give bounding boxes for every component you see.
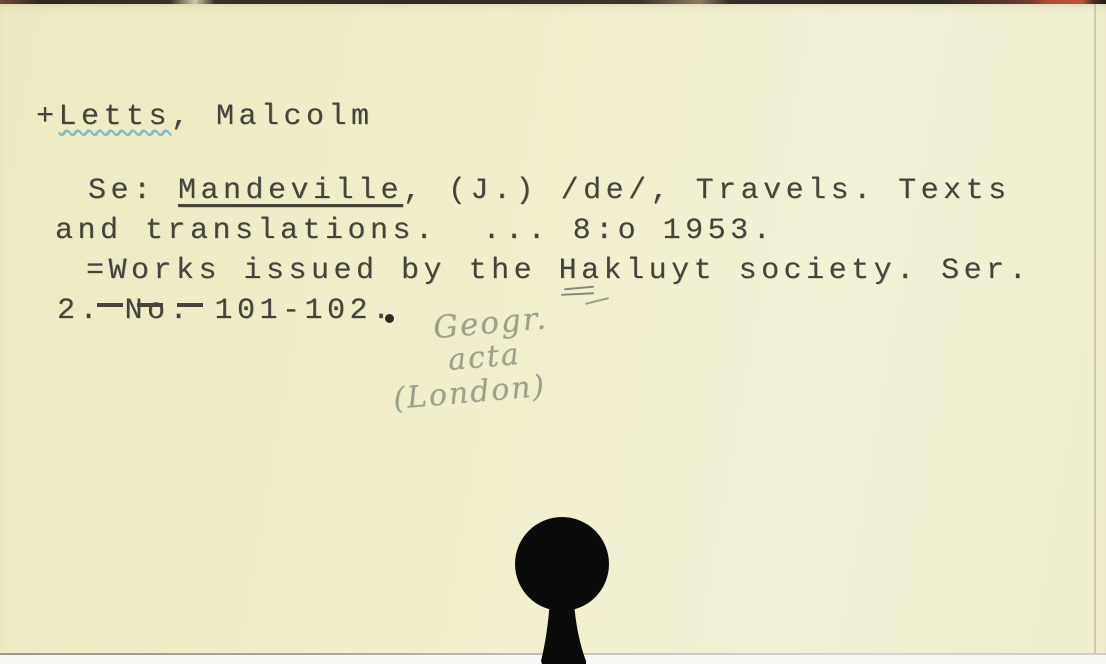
card-right-edge-shadow	[1094, 4, 1096, 653]
heading-plus-sign: +	[36, 100, 59, 134]
typed-line-numbers: 2. No. 101-102.	[57, 294, 395, 328]
line3-works-word: Works	[109, 254, 222, 288]
typed-line-see-reference: Se: Mandeville, (J.) /de/, Travels. Text…	[88, 174, 1011, 208]
ink-speck	[385, 314, 394, 323]
line1-title-mandeville: Mandeville	[178, 174, 403, 208]
line3-series-rest: issued by the Hakluyt society. Ser.	[221, 254, 1031, 288]
heading-forename: , Malcolm	[171, 100, 374, 134]
works-dashed-underline	[97, 303, 211, 307]
hole-punch	[500, 513, 624, 664]
heading-entry: +Letts, Malcolm	[36, 100, 374, 134]
line3-equals-sign: =	[86, 254, 109, 288]
line1-title-rest: , (J.) /de/, Travels. Texts	[403, 174, 1011, 208]
line1-se-label: Se:	[88, 174, 178, 208]
heading-surname: Letts	[59, 100, 172, 134]
typed-line-series: =Works issued by the Hakluyt society. Se…	[86, 254, 1031, 288]
hole-punch-circle	[515, 517, 609, 611]
typed-line-translations: and translations. ... 8:o 1953.	[55, 214, 775, 248]
scanned-catalog-card: +Letts, Malcolm Se: Mandeville, (J.) /de…	[0, 0, 1106, 664]
hakluyt-double-underline-mark	[561, 292, 594, 296]
pencil-annotation: Geogr. acta (London)	[374, 292, 662, 418]
